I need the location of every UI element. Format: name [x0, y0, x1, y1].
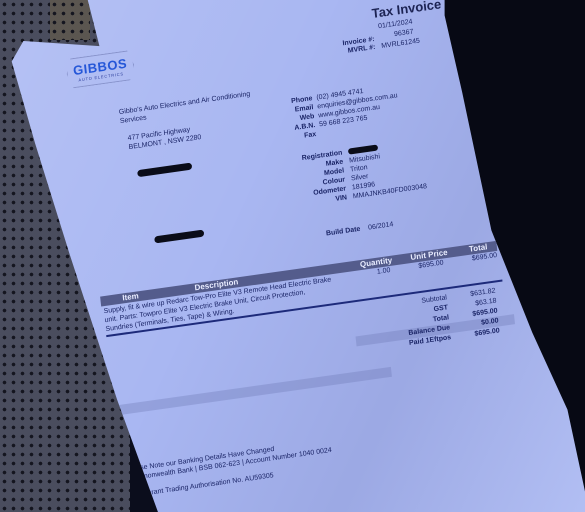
- line-quantity: 1.00: [377, 267, 391, 276]
- company-logo: GIBBOS AUTO ELECTRICS: [65, 50, 135, 89]
- redacted-customer-address: [154, 230, 204, 244]
- empty-shaded-row: [114, 367, 392, 416]
- mvrl-number: MVRL61245: [381, 38, 420, 50]
- header-total: Total: [469, 242, 488, 254]
- build-date-value: 06/2014: [368, 221, 394, 231]
- company-name-line2: Services: [120, 114, 147, 125]
- colour-value: Silver: [351, 173, 369, 182]
- car-seat-headrest: [50, 0, 90, 40]
- invoice-number: 96367: [394, 28, 414, 38]
- company-name: Gibbo's Auto Electrics and Air Condition…: [119, 91, 251, 116]
- model-value: Triton: [350, 164, 368, 173]
- make-value: Mitsubishi: [349, 153, 381, 164]
- redacted-customer-name: [137, 163, 192, 178]
- document-title: Tax Invoice: [371, 0, 442, 21]
- header-item: Item: [122, 291, 139, 302]
- build-date-label: Build Date: [310, 226, 360, 240]
